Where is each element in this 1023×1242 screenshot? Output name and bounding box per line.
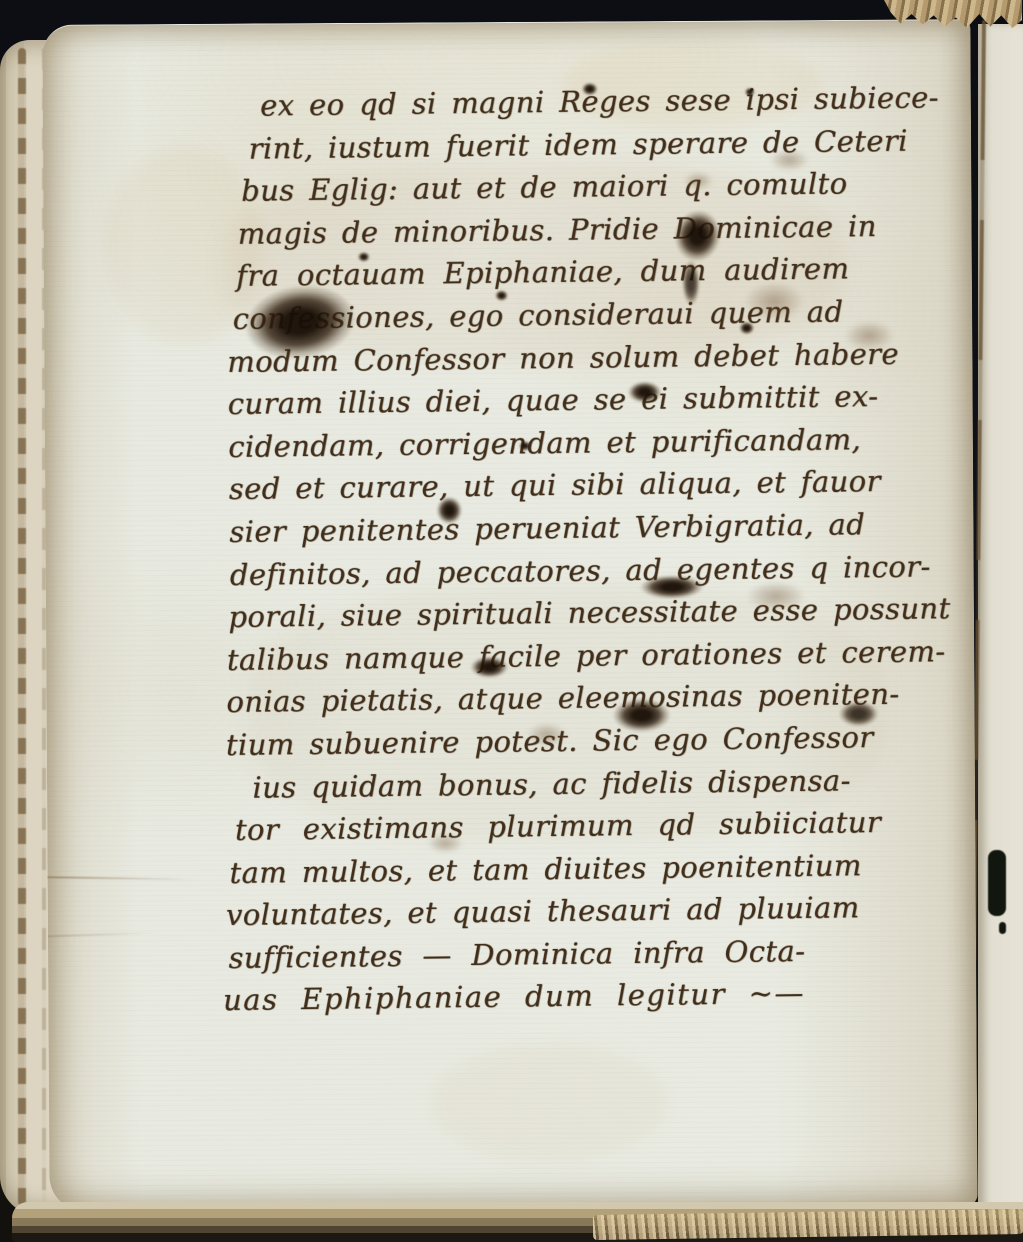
ink-smudge	[769, 149, 809, 171]
ink-blot	[436, 496, 462, 524]
ink-blot	[745, 87, 755, 96]
manuscript-photo: ex eo qd si magni Reges sese ipsi subiec…	[0, 0, 1023, 1242]
ink-blot	[582, 82, 598, 95]
ink-smudge	[427, 833, 463, 853]
page-crease	[48, 932, 158, 938]
ink-smudge	[683, 172, 713, 190]
ink-smudge	[744, 281, 804, 321]
gutter-gap-shadow	[988, 850, 1006, 916]
ink-blot	[470, 656, 508, 678]
ink-blot	[839, 701, 879, 727]
ink-blot	[739, 322, 754, 335]
ink-blot	[495, 290, 508, 301]
ink-blot	[628, 381, 662, 403]
ink-blot	[613, 698, 671, 732]
paper-stain	[429, 1042, 670, 1163]
gutter-gap-shadow	[999, 922, 1006, 934]
manuscript-line: uas Ephiphaniae dum legitur ~—	[223, 970, 961, 1022]
manuscript-line: voluntates, et quasi thesauri ad pluuiam	[226, 885, 960, 937]
page-crease	[48, 876, 198, 880]
ink-smudge	[527, 723, 567, 747]
page-edge-groove	[18, 48, 26, 1206]
ink-blot	[519, 441, 531, 451]
ink-blot	[682, 260, 700, 306]
ink-smudge	[844, 321, 894, 351]
handwritten-text-block: ex eo qd si magni Reges sese ipsi subiec…	[224, 76, 961, 1022]
ink-blot	[640, 575, 704, 599]
manuscript-page: ex eo qd si magni Reges sese ipsi subiec…	[42, 19, 977, 1212]
ink-blot	[358, 252, 370, 262]
next-page-edge	[978, 24, 1023, 1222]
